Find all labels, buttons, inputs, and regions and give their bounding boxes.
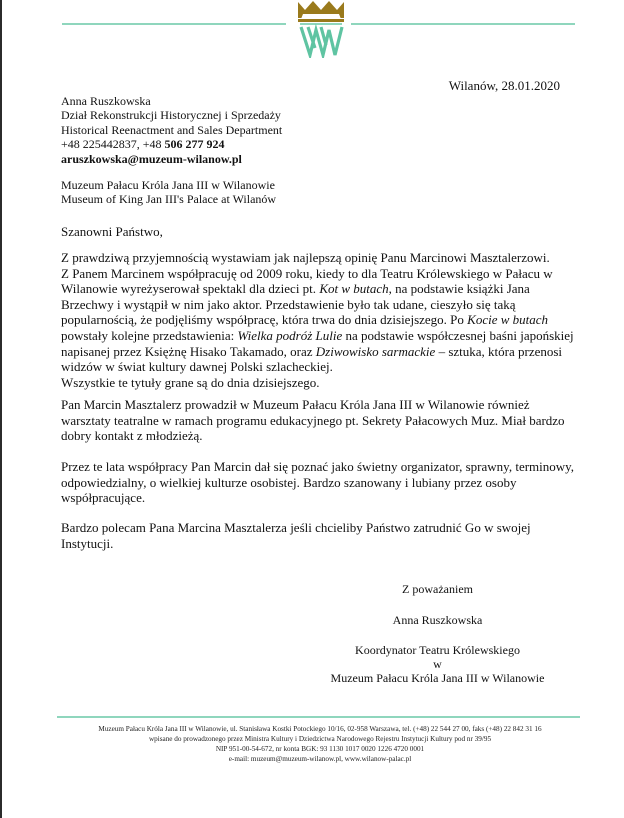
footer-rule [57,716,580,718]
sender-phone: +48 225442837, +48 506 277 924 [61,137,282,151]
signature-title: Koordynator Teatru Królewskiego w Muzeum… [320,643,555,685]
sender-block: Anna Ruszkowska Dział Rekonstrukcji Hist… [61,94,282,166]
paragraph-3-text: Przez te lata współpracy Pan Marcin dał … [61,459,581,506]
sender-name: Anna Ruszkowska [61,94,282,108]
play-title: Kot w butach [319,281,388,296]
footer: Muzeum Pałacu Króla Jana III w Wilanowie… [40,724,600,764]
footer-address: Muzeum Pałacu Króla Jana III w Wilanowie… [40,724,600,734]
paragraph-4-text: Bardzo polecam Pana Marcina Masztalerza … [61,520,581,551]
signature-title-role: Koordynator Teatru Królewskiego [320,643,555,657]
sender-dept-en: Historical Reenactment and Sales Departm… [61,123,282,137]
wilanow-crown-logo-icon [296,0,346,58]
sender-email[interactable]: aruszkowska@muzeum-wilanow.pl [61,152,282,166]
header-rule-left [62,23,286,25]
sender-email-text: aruszkowska@muzeum-wilanow.pl [61,152,242,166]
footer-registry: wpisane do prowadzonego przez Ministra K… [40,734,600,744]
text-run: powstały kolejne przedstawienia: [61,328,238,343]
recipient-line-pl: Muzeum Pałacu Króla Jana III w Wilanowie [61,178,276,192]
paragraph-1-closing: Wszystkie te tytuły grane są do dnia dzi… [61,375,581,391]
paragraph-1-intro: Z prawdziwą przyjemnością wystawiam jak … [61,250,581,266]
play-title: Wielka podróż Lulie [238,328,343,343]
greeting: Szanowni Państwo, [61,224,163,240]
paragraph-1: Z prawdziwą przyjemnością wystawiam jak … [61,250,581,390]
sender-phone-landline: +48 225442837, +48 [61,137,165,151]
window-edge [0,0,2,818]
play-title: Dziwowisko sarmackie [316,344,436,359]
recipient-line-en: Museum of King Jan III's Palace at Wilan… [61,192,276,206]
signature-title-connector: w [320,657,555,671]
paragraph-4: Bardzo polecam Pana Marcina Masztalerza … [61,520,581,551]
footer-tax-bank: NIP 951-00-54-672, nr konta BGK: 93 1130… [40,744,600,754]
sender-phone-mobile: 506 277 924 [165,137,225,151]
sender-dept-pl: Dział Rekonstrukcji Historycznej i Sprze… [61,108,282,122]
recipient-block: Muzeum Pałacu Króla Jana III w Wilanowie… [61,178,276,207]
footer-contact: e-mail: muzeum@muzeum-wilanow.pl, www.wi… [40,754,600,764]
paragraph-2: Pan Marcin Masztalerz prowadził w Muzeum… [61,397,581,444]
signature-name: Anna Ruszkowska [320,613,555,628]
signature-title-institution: Muzeum Pałacu Króla Jana III w Wilanowie [290,671,585,685]
paragraph-1-body: Z Panem Marcinem współpracuję od 2009 ro… [61,266,581,375]
paragraph-3: Przez te lata współpracy Pan Marcin dał … [61,459,581,506]
paragraph-2-text: Pan Marcin Masztalerz prowadził w Muzeum… [61,397,581,444]
header-rule-right [351,23,575,25]
letter-date: Wilanów, 28.01.2020 [449,78,560,94]
closing-salutation: Z poważaniem [320,582,555,597]
play-title: Kocie w butach [467,312,548,327]
